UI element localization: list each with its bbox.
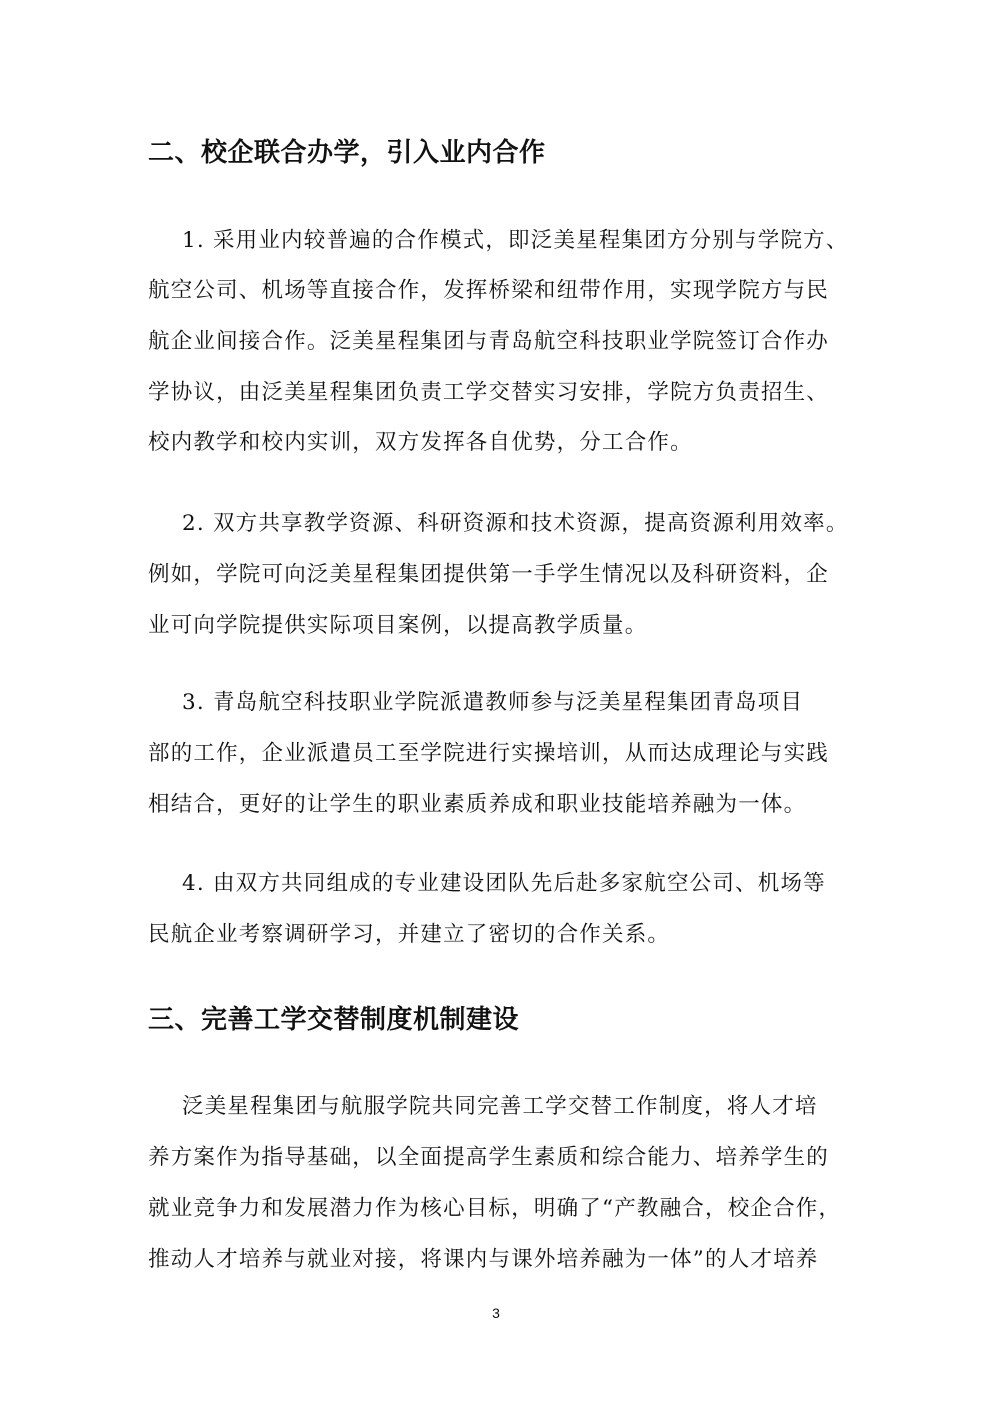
paragraph-line: 航企业间接合作。泛美星程集团与青岛航空科技职业学院签订合作办 <box>148 329 829 355</box>
paragraph-line: 学协议，由泛美星程集团负责工学交替实习安排，学院方负责招生、 <box>148 380 829 406</box>
paragraph-line: 1. 采用业内较普遍的合作模式，即泛美星程集团方分别与学院方、 <box>182 228 849 254</box>
page-number: 3 <box>0 1305 992 1321</box>
paragraph-line: 相结合，更好的让学生的职业素质养成和职业技能培养融为一体。 <box>148 792 806 818</box>
section-heading-2: 二、校企联合办学，引入业内合作 <box>148 138 546 168</box>
paragraph-line: 2. 双方共享教学资源、科研资源和技术资源，提高资源利用效率。 <box>182 511 849 537</box>
paragraph-line: 就业竞争力和发展潜力作为核心目标，明确了“产教融合，校企合作， <box>148 1196 841 1222</box>
paragraph-line: 4. 由双方共同组成的专业建设团队先后赴多家航空公司、机场等 <box>182 871 826 897</box>
paragraph-line: 例如，学院可向泛美星程集团提供第一手学生情况以及科研资料，企 <box>148 562 829 588</box>
paragraph-line: 航空公司、机场等直接合作，发挥桥梁和纽带作用，实现学院方与民 <box>148 278 829 304</box>
paragraph-line: 民航企业考察调研学习，并建立了密切的合作关系。 <box>148 922 670 948</box>
section-heading-3: 三、完善工学交替制度机制建设 <box>148 1005 519 1035</box>
paragraph-line: 养方案作为指导基础，以全面提高学生素质和综合能力、培养学生的 <box>148 1145 829 1171</box>
paragraph-line: 泛美星程集团与航服学院共同完善工学交替工作制度，将人才培 <box>182 1094 818 1120</box>
paragraph-line: 业可向学院提供实际项目案例，以提高教学质量。 <box>148 613 647 639</box>
paragraph-line: 3. 青岛航空科技职业学院派遣教师参与泛美星程集团青岛项目 <box>182 690 803 716</box>
paragraph-line: 推动人才培养与就业对接，将课内与课外培养融为一体”的人才培养 <box>148 1247 819 1273</box>
paragraph-line: 校内教学和校内实训，双方发挥各自优势，分工合作。 <box>148 430 693 456</box>
document-page: 二、校企联合办学，引入业内合作 1. 采用业内较普遍的合作模式，即泛美星程集团方… <box>0 0 992 1403</box>
paragraph-line: 部的工作，企业派遣员工至学院进行实操培训，从而达成理论与实践 <box>148 741 829 767</box>
